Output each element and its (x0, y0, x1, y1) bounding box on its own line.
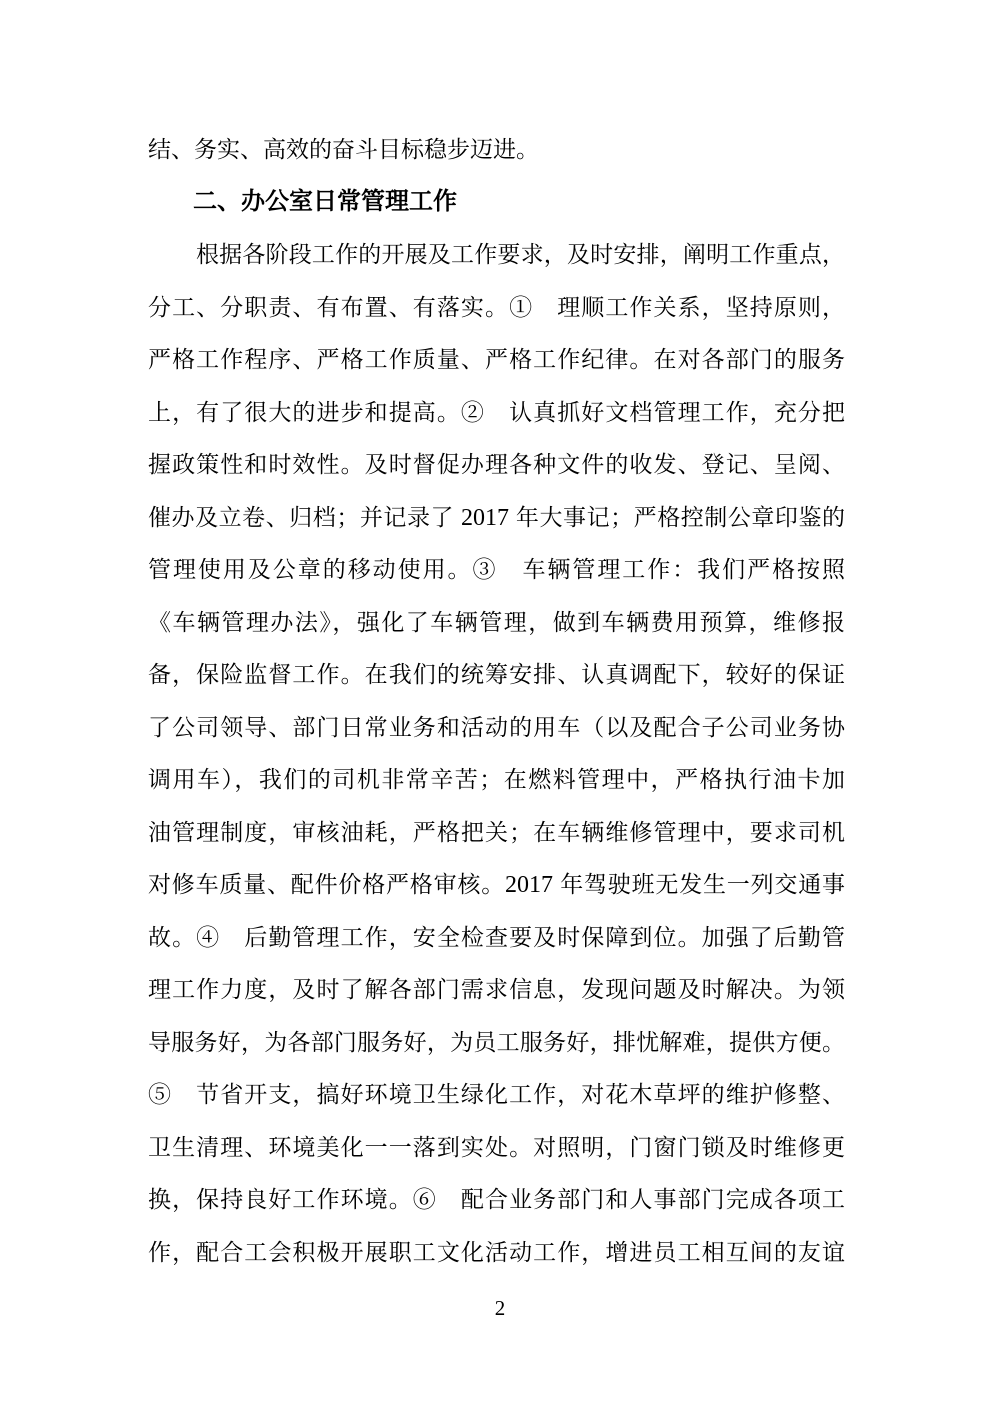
text-line: 对修车质量、配件价格严格审核。2017 年驾驶班无发生一列交通事 (148, 858, 845, 911)
text-line: 分工、分职责、有布置、有落实。① 理顺工作关系，坚持原则， (148, 281, 845, 334)
text-line: 导服务好，为各部门服务好，为员工服务好，排忧解难，提供方便。 (148, 1016, 845, 1069)
text-line: 作，配合工会积极开展职工文化活动工作，增进员工相互间的友谊 (148, 1226, 845, 1279)
text-line: 了公司领导、部门日常业务和活动的用车（以及配合子公司业务协 (148, 701, 845, 754)
text-line: 催办及立卷、归档；并记录了 2017 年大事记；严格控制公章印鉴的 (148, 491, 845, 544)
text-line: 理工作力度，及时了解各部门需求信息，发现问题及时解决。为领 (148, 963, 845, 1016)
text-segment: 对修车质量、配件价格严格审核。 (148, 871, 505, 897)
document-page: 结、务实、高效的奋斗目标稳步迈进。 二、办公室日常管理工作 根据各阶段工作的开展… (0, 0, 1000, 1415)
text-line: 换，保持良好工作环境。⑥ 配合业务部门和人事部门完成各项工 (148, 1173, 845, 1226)
text-line: 严格工作程序、严格工作质量、严格工作纪律。在对各部门的服务 (148, 333, 845, 386)
text-line: 结、务实、高效的奋斗目标稳步迈进。 (148, 123, 845, 176)
text-line: 卫生清理、环境美化一一落到实处。对照明，门窗门锁及时维修更 (148, 1121, 845, 1174)
text-line: 根据各阶段工作的开展及工作要求，及时安排，阐明工作重点， (148, 228, 845, 281)
year-number: 2017 (505, 872, 553, 898)
document-body: 结、务实、高效的奋斗目标稳步迈进。 二、办公室日常管理工作 根据各阶段工作的开展… (148, 123, 845, 1278)
text-line: ⑤ 节省开支，搞好环境卫生绿化工作，对花木草坪的维护修整、 (148, 1068, 845, 1121)
text-segment: 年驾驶班无发生一列交通事 (553, 871, 845, 897)
text-line: 《车辆管理办法》，强化了车辆管理，做到车辆费用预算，维修报 (148, 596, 845, 649)
text-line: 故。④ 后勤管理工作，安全检查要及时保障到位。加强了后勤管 (148, 911, 845, 964)
year-number: 2017 (461, 505, 509, 531)
text-line: 备，保险监督工作。在我们的统筹安排、认真调配下，较好的保证 (148, 648, 845, 701)
text-line: 油管理制度，审核油耗，严格把关；在车辆维修管理中，要求司机 (148, 806, 845, 859)
text-segment: 年大事记；严格控制公章印鉴的 (509, 504, 845, 530)
text-line: 上，有了很大的进步和提高。② 认真抓好文档管理工作，充分把 (148, 386, 845, 439)
text-line: 调用车），我们的司机非常辛苦；在燃料管理中，严格执行油卡加 (148, 753, 845, 806)
text-line: 握政策性和时效性。及时督促办理各种文件的收发、登记、呈阅、 (148, 438, 845, 491)
section-heading: 二、办公室日常管理工作 (148, 176, 845, 229)
page-number: 2 (0, 1296, 1000, 1321)
text-line: 管理使用及公章的移动使用。③ 车辆管理工作：我们严格按照 (148, 543, 845, 596)
text-segment: 催办及立卷、归档；并记录了 (148, 504, 461, 530)
